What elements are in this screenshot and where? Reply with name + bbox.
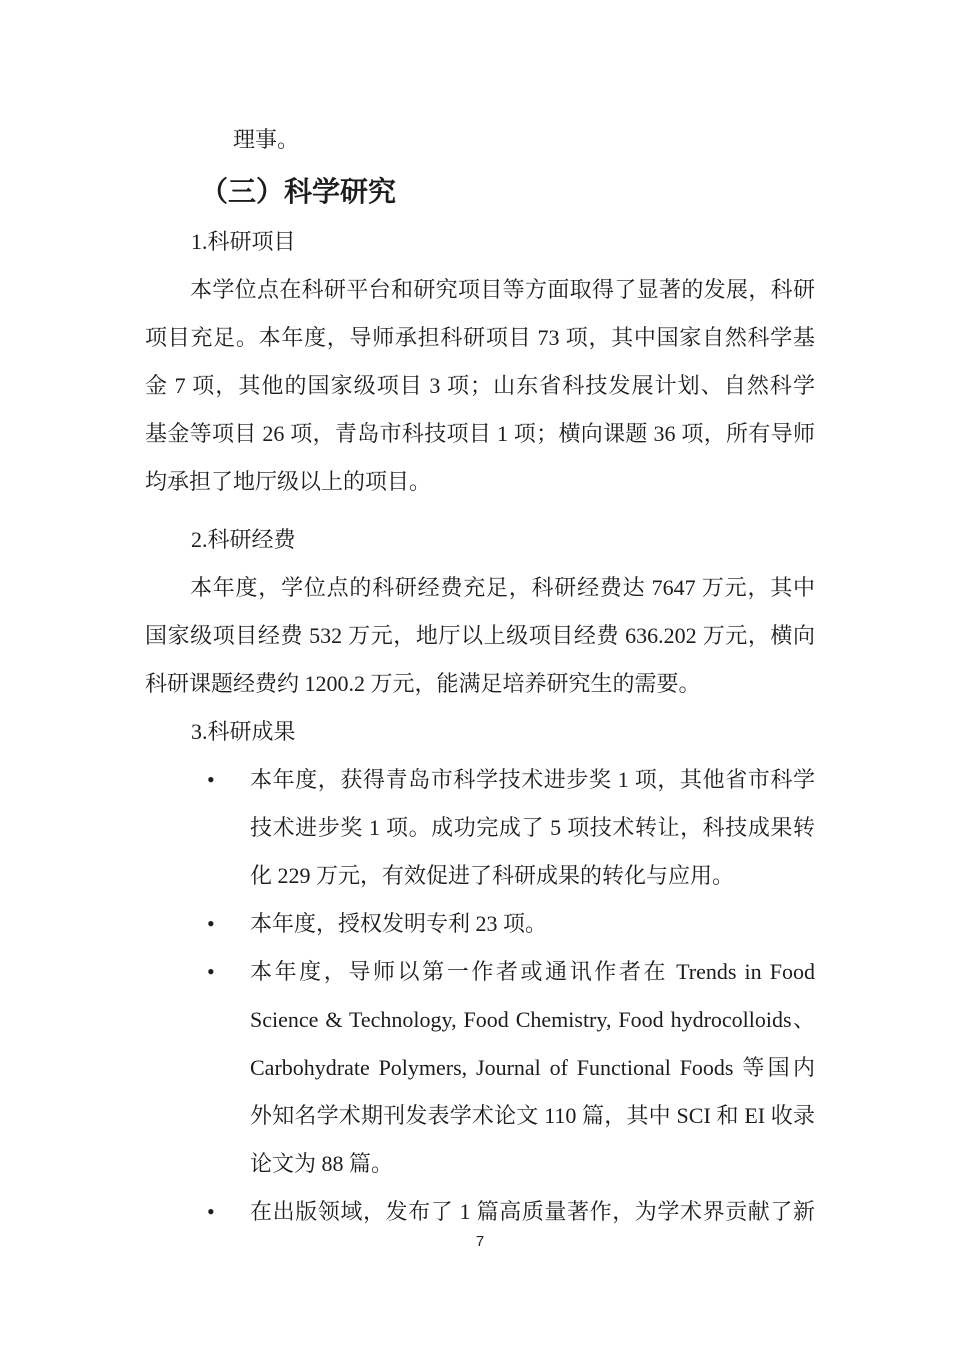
page-number: 7 [0,1226,960,1258]
text-line: 本年度，学位点的科研经费充足，科研经费达 7647 万元，其中 [145,564,815,612]
bullet-list-item: •本年度，授权发明专利 23 项。 [145,900,815,948]
text-line: 本学位点在科研平台和研究项目等方面取得了显著的发展，科研 [145,266,815,314]
numbered-subheading: 2.科研经费 [145,516,815,564]
bullet-icon: • [207,756,215,804]
text-line: 国家级项目经费 532 万元，地厅以上级项目经费 636.202 万元，横向 [145,612,815,660]
text-line: 技术进步奖 1 项。成功完成了 5 项技术转让，科技成果转 [250,804,815,852]
document-content: 理事。（三）科学研究1.科研项目本学位点在科研平台和研究项目等方面取得了显著的发… [145,116,815,1236]
text-line: 本年度，获得青岛市科学技术进步奖 1 项，其他省市科学 [250,756,815,804]
text-line: 基金等项目 26 项，青岛市科技项目 1 项；横向课题 36 项，所有导师 [145,410,815,458]
text-line: 外知名学术期刊发表学术论文 110 篇，其中 SCI 和 EI 收录 [250,1092,815,1140]
document-page: 理事。（三）科学研究1.科研项目本学位点在科研平台和研究项目等方面取得了显著的发… [0,0,960,1357]
bullet-text: 本年度，授权发明专利 23 项。 [250,900,815,948]
text-line: 本年度，导师以第一作者或通讯作者在 Trends in Food [250,948,815,996]
text-line: 项目充足。本年度，导师承担科研项目 73 项，其中国家自然科学基 [145,314,815,362]
paragraph: 本年度，学位点的科研经费充足，科研经费达 7647 万元，其中国家级项目经费 5… [145,564,815,708]
text-line: Science & Technology, Food Chemistry, Fo… [250,996,815,1044]
text-line: 本年度，授权发明专利 23 项。 [250,900,815,948]
bullet-text: 本年度，获得青岛市科学技术进步奖 1 项，其他省市科学技术进步奖 1 项。成功完… [250,756,815,900]
text-line: 科研课题经费约 1200.2 万元，能满足培养研究生的需要。 [145,660,815,708]
text-line: Carbohydrate Polymers, Journal of Functi… [250,1044,815,1092]
text-line: 均承担了地厅级以上的项目。 [145,458,815,506]
text-line: 论文为 88 篇。 [250,1140,815,1188]
section-heading: （三）科学研究 [145,168,815,218]
bullet-list-item: •本年度，导师以第一作者或通讯作者在 Trends in FoodScience… [145,948,815,1188]
bullet-text: 本年度，导师以第一作者或通讯作者在 Trends in FoodScience … [250,948,815,1188]
bullet-list-item: •本年度，获得青岛市科学技术进步奖 1 项，其他省市科学技术进步奖 1 项。成功… [145,756,815,900]
continuation-line: 理事。 [145,116,815,164]
bullet-icon: • [207,900,215,948]
text-line: 金 7 项，其他的国家级项目 3 项；山东省科技发展计划、自然科学 [145,362,815,410]
text-line: 化 229 万元，有效促进了科研成果的转化与应用。 [250,852,815,900]
numbered-subheading: 1.科研项目 [145,218,815,266]
numbered-subheading: 3.科研成果 [145,708,815,756]
bullet-icon: • [207,948,215,996]
paragraph: 本学位点在科研平台和研究项目等方面取得了显著的发展，科研项目充足。本年度，导师承… [145,266,815,506]
